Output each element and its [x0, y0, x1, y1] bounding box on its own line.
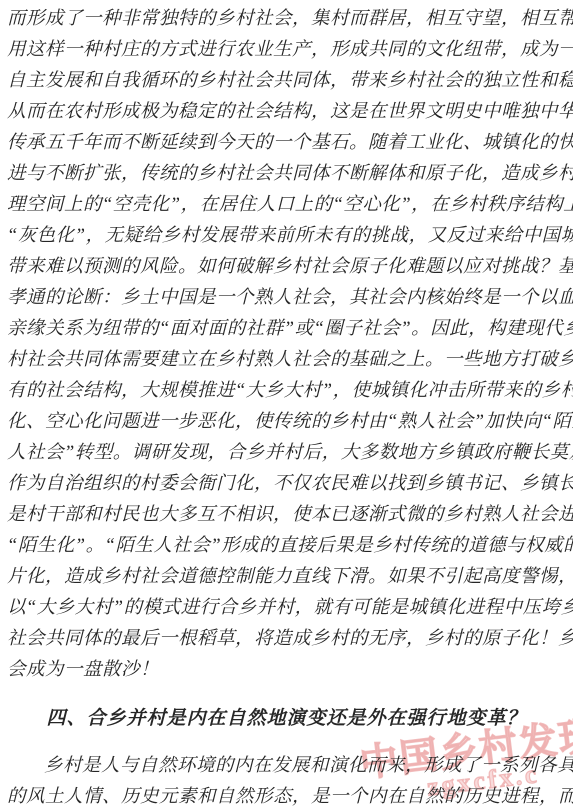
body-line: 进与不断扩张，传统的乡村社会共同体不断解体和原子化，造成乡村在地 — [7, 159, 566, 190]
document-text-layer: 而形成了一种非常独特的乡村社会，集村而群居，相互守望，相互帮助， 用这样一种村庄… — [0, 0, 573, 809]
section-heading: 四、合乡并村是内在自然地演变还是外在强行地变革？ — [7, 703, 566, 734]
paragraph-new: 乡村是人与自然环境的内在发展和演化而来，形成了一系列各具特色 的风土人情、历史元… — [7, 751, 566, 809]
body-line: 自主发展和自我循环的乡村社会共同体，带来乡村社会的独立性和稳定性， — [7, 66, 566, 97]
body-line: 片化，造成乡村社会道德控制能力直线下滑。如果不引起高度警惕，盲目 — [7, 562, 566, 593]
body-line: 乡村是人与自然环境的内在发展和演化而来，形成了一系列各具特色 — [7, 751, 566, 782]
document-page: 中国乡村发现 zgxcfx.c 而形成了一种非常独特的乡村社会，集村而群居，相互… — [0, 0, 573, 809]
body-line: 化、空心化问题进一步恶化，使传统的乡村由“熟人社会”加快向“陌生 — [7, 407, 566, 438]
body-line: 用这样一种村庄的方式进行农业生产，形成共同的文化纽带，成为一个个 — [7, 35, 566, 66]
body-line: “陌生化”。“陌生人社会”形成的直接后果是乡村传统的道德与权威的碎 — [7, 531, 566, 562]
body-line: 是村干部和村民也大多互不相识，使本已逐渐式微的乡村熟人社会进一步 — [7, 500, 566, 531]
body-line: 亲缘关系为纽带的“面对面的社群”或“圈子社会”。因此，构建现代乡 — [7, 314, 566, 345]
body-line: “灰色化”，无疑给乡村发展带来前所未有的挑战，又反过来给中国城镇化 — [7, 221, 566, 252]
body-line: 带来难以预测的风险。如何破解乡村社会原子化难题以应对挑战？基于费 — [7, 252, 566, 283]
body-line: 会成为一盘散沙！ — [7, 655, 566, 686]
body-line: 村社会共同体需要建立在乡村熟人社会的基础之上。一些地方打破乡村原 — [7, 345, 566, 376]
body-line: 以“大乡大村”的模式进行合乡并村，就有可能是城镇化进程中压垮乡村 — [7, 593, 566, 624]
body-line: 人社会”转型。调研发现，合乡并村后，大多数地方乡镇政府鞭长莫及， — [7, 438, 566, 469]
body-line: 社会共同体的最后一根稻草，将造成乡村的无序，乡村的原子化！乡村社 — [7, 624, 566, 655]
body-line: 作为自治组织的村委会衙门化，不仅农民难以找到乡镇书记、乡镇长，就 — [7, 469, 566, 500]
body-line: 从而在农村形成极为稳定的社会结构，这是在世界文明史中唯独中华文明 — [7, 97, 566, 128]
body-line: 的风土人情、历史元素和自然形态，是一个内在自然的历史进程，而非外 — [7, 782, 566, 809]
body-line: 有的社会结构，大规模推进“大乡大村”，使城镇化冲击所带来的乡村原子 — [7, 376, 566, 407]
body-line: 而形成了一种非常独特的乡村社会，集村而群居，相互守望，相互帮助， — [7, 4, 566, 35]
body-line: 传承五千年而不断延续到今天的一个基石。随着工业化、城镇化的快速推 — [7, 128, 566, 159]
paragraph-continued: 而形成了一种非常独特的乡村社会，集村而群居，相互守望，相互帮助， 用这样一种村庄… — [7, 4, 566, 686]
body-line: 理空间上的“空壳化”，在居住人口上的“空心化”，在乡村秩序结构上的 — [7, 190, 566, 221]
body-line: 孝通的论断：乡土中国是一个熟人社会，其社会内核始终是一个以血缘或 — [7, 283, 566, 314]
